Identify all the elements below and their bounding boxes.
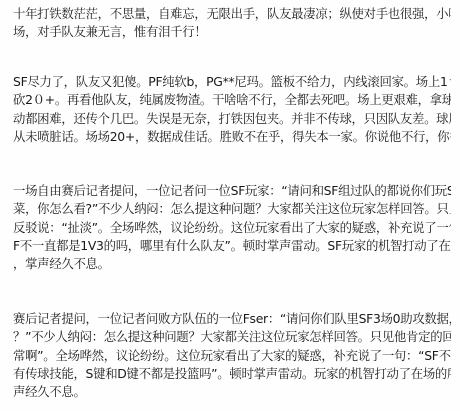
text-line: 赛后记者提问，一位记者问败方队伍的一位Fser：“请问你们队里SF3场0助攻数据… — [13, 310, 451, 328]
text-line: ，掌声经久不息。 — [13, 255, 451, 273]
text-line: F不一直都是1V3的吗，哪里有什么队友”。顿时掌声雷动。SF玩家的机智打动了在场… — [13, 237, 451, 255]
text-line: 一场自由赛后记者提问，一位记者问一位SF玩家：“请问和SF组过队的都说你们玩SF… — [13, 182, 451, 200]
text-line: 场，对手队友兼无言，惟有泪千行！ — [13, 23, 451, 41]
text-line: 常啊”。全场哗然，议论纷纷。这位玩家看出了大家的疑惑，补充说了一句：“SF不是本… — [13, 347, 451, 365]
text-line: 声经久不息。 — [13, 383, 451, 401]
paragraph-sf-verse: SF尽力了，队友又犯傻。PF纯软b，PG**尼玛。篮板不给力，内线滚回家。场上1… — [13, 73, 451, 146]
paragraph-interview-2: 赛后记者提问，一位记者问败方队伍的一位Fser：“请问你们队里SF3场0助攻数据… — [13, 310, 451, 401]
text-line: 菜，你怎么看?”不少人纳闷：怎么提这种问题？大家都关注这位玩家怎样回答。只见他坚… — [13, 200, 451, 218]
text-line: 砍2０+。再看他队友，纯属废物渣。干啥啥不行，全都去死吧。场上更艰难，拿球三人夹… — [13, 91, 451, 109]
paragraph-poem: 十年打铁数茫茫，不思量，自难忘，无限出手，队友最凄凉；纵使对手也很强，小喇叭，喷… — [13, 5, 451, 42]
text-line: 从未喷脏话。场场20+，数据成佳话。胜败不在乎，得失本一家。你说他不行，你行你上… — [13, 128, 451, 146]
text-line: 动都困难，还传个几巴。失误是无奈，打铁因包夹。并非不传球，只因队友差。球风最硬朗… — [13, 110, 451, 128]
text-line: SF尽力了，队友又犯傻。PF纯软b，PG**尼玛。篮板不给力，内线滚回家。场上1… — [13, 73, 451, 91]
text-line: 有传球技能，S键和D键不都是投篮吗”。顿时掌声雷动。玩家的机智打动了在场的所有人… — [13, 365, 451, 383]
text-line: 反驳说：“扯淡”。全场哗然，议论纷纷。这位玩家看出了大家的疑惑，补充说了一句：“… — [13, 219, 451, 237]
paragraph-interview-1: 一场自由赛后记者提问，一位记者问一位SF玩家：“请问和SF组过队的都说你们玩SF… — [13, 182, 451, 273]
document-page: 十年打铁数茫茫，不思量，自难忘，无限出手，队友最凄凉；纵使对手也很强，小喇叭，喷… — [0, 0, 460, 411]
text-line: 十年打铁数茫茫，不思量，自难忘，无限出手，队友最凄凉；纵使对手也很强，小喇叭，喷… — [13, 5, 451, 23]
text-line: ？”不少人纳闷：怎么提这种问题？大家都关注这位玩家怎样回答。只见他肯定的回答说：… — [13, 328, 451, 346]
